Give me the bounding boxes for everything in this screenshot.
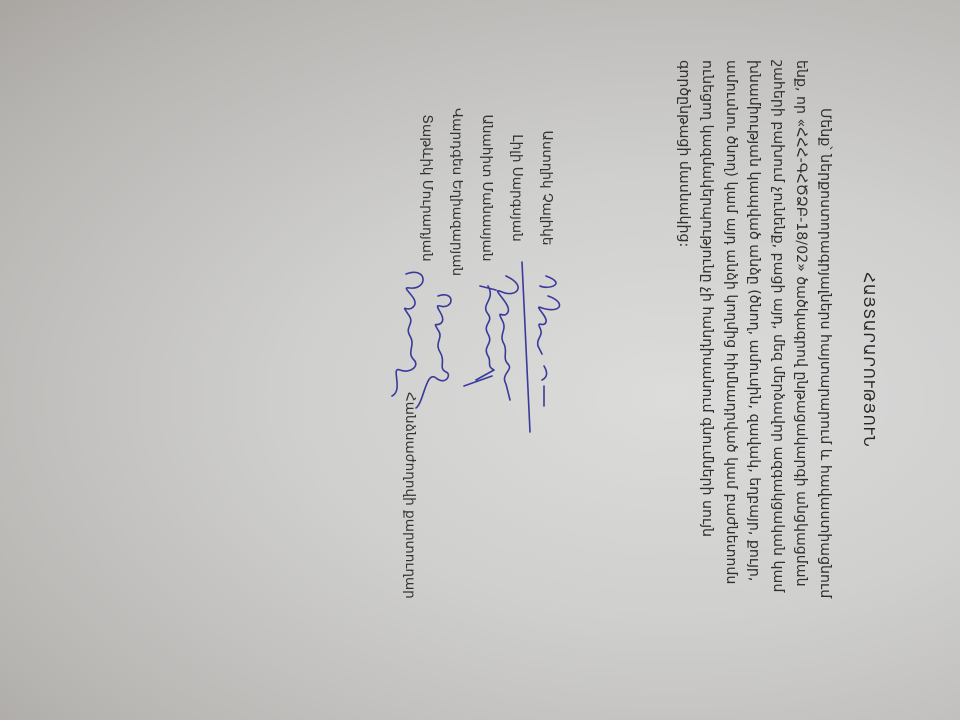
- document-page: ՀԱՅՏԱՐԱՐՈՒԹՅՈՒՆ Մենք՝ ներքոստորագրյալներ…: [0, 0, 960, 720]
- handwritten-signatures: [388, 256, 588, 446]
- declaration-text: Մենք՝ ներքոստորագրյալներս հայտարարում և …: [672, 60, 837, 620]
- signatory-name: Լիլի Սարգսյան: [502, 108, 532, 268]
- signatory-list: Աստղիկ Չալիկե Լիլի Սարգսյան Անահիտ Մանաս…: [412, 108, 562, 268]
- document-title: ՀԱՅՏԱՐԱՐՈՒԹՅՈՒՆ: [860, 0, 878, 720]
- signatory-name: Աստղիկ Չալիկե: [532, 108, 562, 268]
- secretary-label: Հանձնաժողովի քարտուղար: [402, 392, 418, 599]
- signatory-name: Տաթևիկ Մուրադյան: [412, 108, 442, 268]
- signatory-name: Վարդգես Եղիազարյան: [442, 108, 472, 268]
- signatory-name: Անահիտ Մանասյան: [472, 108, 502, 268]
